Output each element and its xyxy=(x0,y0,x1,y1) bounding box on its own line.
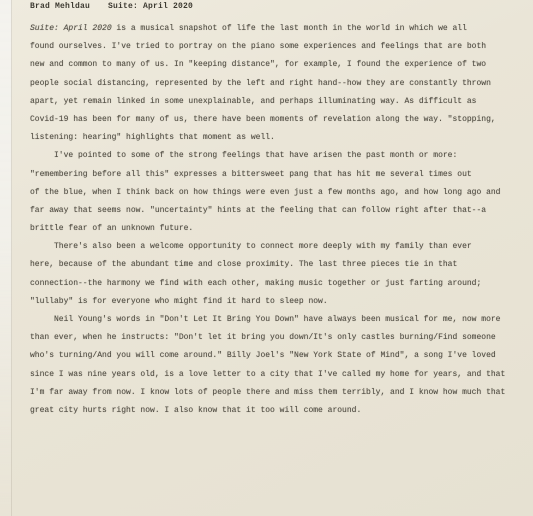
text-line: apart, yet remain linked in some unexpla… xyxy=(30,93,517,111)
text-line: "lullaby" is for everyone who might find… xyxy=(30,293,517,311)
text-line: I've pointed to some of the strong feeli… xyxy=(30,147,517,165)
paragraph: Neil Young's words in "Don't Let It Brin… xyxy=(30,311,517,420)
paper-edge-strip xyxy=(0,0,12,516)
text-line: great city hurts right now. I also know … xyxy=(30,402,517,420)
text-line: of the blue, when I think back on how th… xyxy=(30,184,517,202)
text-line: found ourselves. I've tried to portray o… xyxy=(30,38,517,56)
inline-title: Suite: April 2020 xyxy=(30,24,112,33)
document-header: Brad MehldauSuite: April 2020 xyxy=(30,2,193,11)
paragraph: Suite: April 2020 is a musical snapshot … xyxy=(30,20,517,147)
text-line: Covid-19 has been for many of us, there … xyxy=(30,111,517,129)
text-line: here, because of the abundant time and c… xyxy=(30,256,517,274)
text-line: connection--the harmony we find with eac… xyxy=(30,275,517,293)
text-line: brittle fear of an unknown future. xyxy=(30,220,517,238)
text-line: far away that seems now. "uncertainty" h… xyxy=(30,202,517,220)
text-line: "remembering before all this" expresses … xyxy=(30,166,517,184)
text-line: than ever, when he instructs: "Don't let… xyxy=(30,329,517,347)
text-line: new and common to many of us. In "keepin… xyxy=(30,56,517,74)
text-line: Suite: April 2020 is a musical snapshot … xyxy=(30,20,517,38)
text-line: listening: hearing" highlights that mome… xyxy=(30,129,517,147)
text-line: who's turning/And you will come around."… xyxy=(30,347,517,365)
document-title: Suite: April 2020 xyxy=(108,2,193,11)
paragraph: There's also been a welcome opportunity … xyxy=(30,238,517,311)
text-line: Neil Young's words in "Don't Let It Brin… xyxy=(30,311,517,329)
author-name: Brad Mehldau xyxy=(30,2,90,11)
text-line: There's also been a welcome opportunity … xyxy=(30,238,517,256)
paper-page: Brad MehldauSuite: April 2020 Suite: Apr… xyxy=(0,0,533,516)
document-body: Suite: April 2020 is a musical snapshot … xyxy=(30,20,517,420)
text-line: since I was nine years old, is a love le… xyxy=(30,366,517,384)
paragraph: I've pointed to some of the strong feeli… xyxy=(30,147,517,238)
text-line: people social distancing, represented by… xyxy=(30,75,517,93)
text-line: I'm far away from now. I know lots of pe… xyxy=(30,384,517,402)
